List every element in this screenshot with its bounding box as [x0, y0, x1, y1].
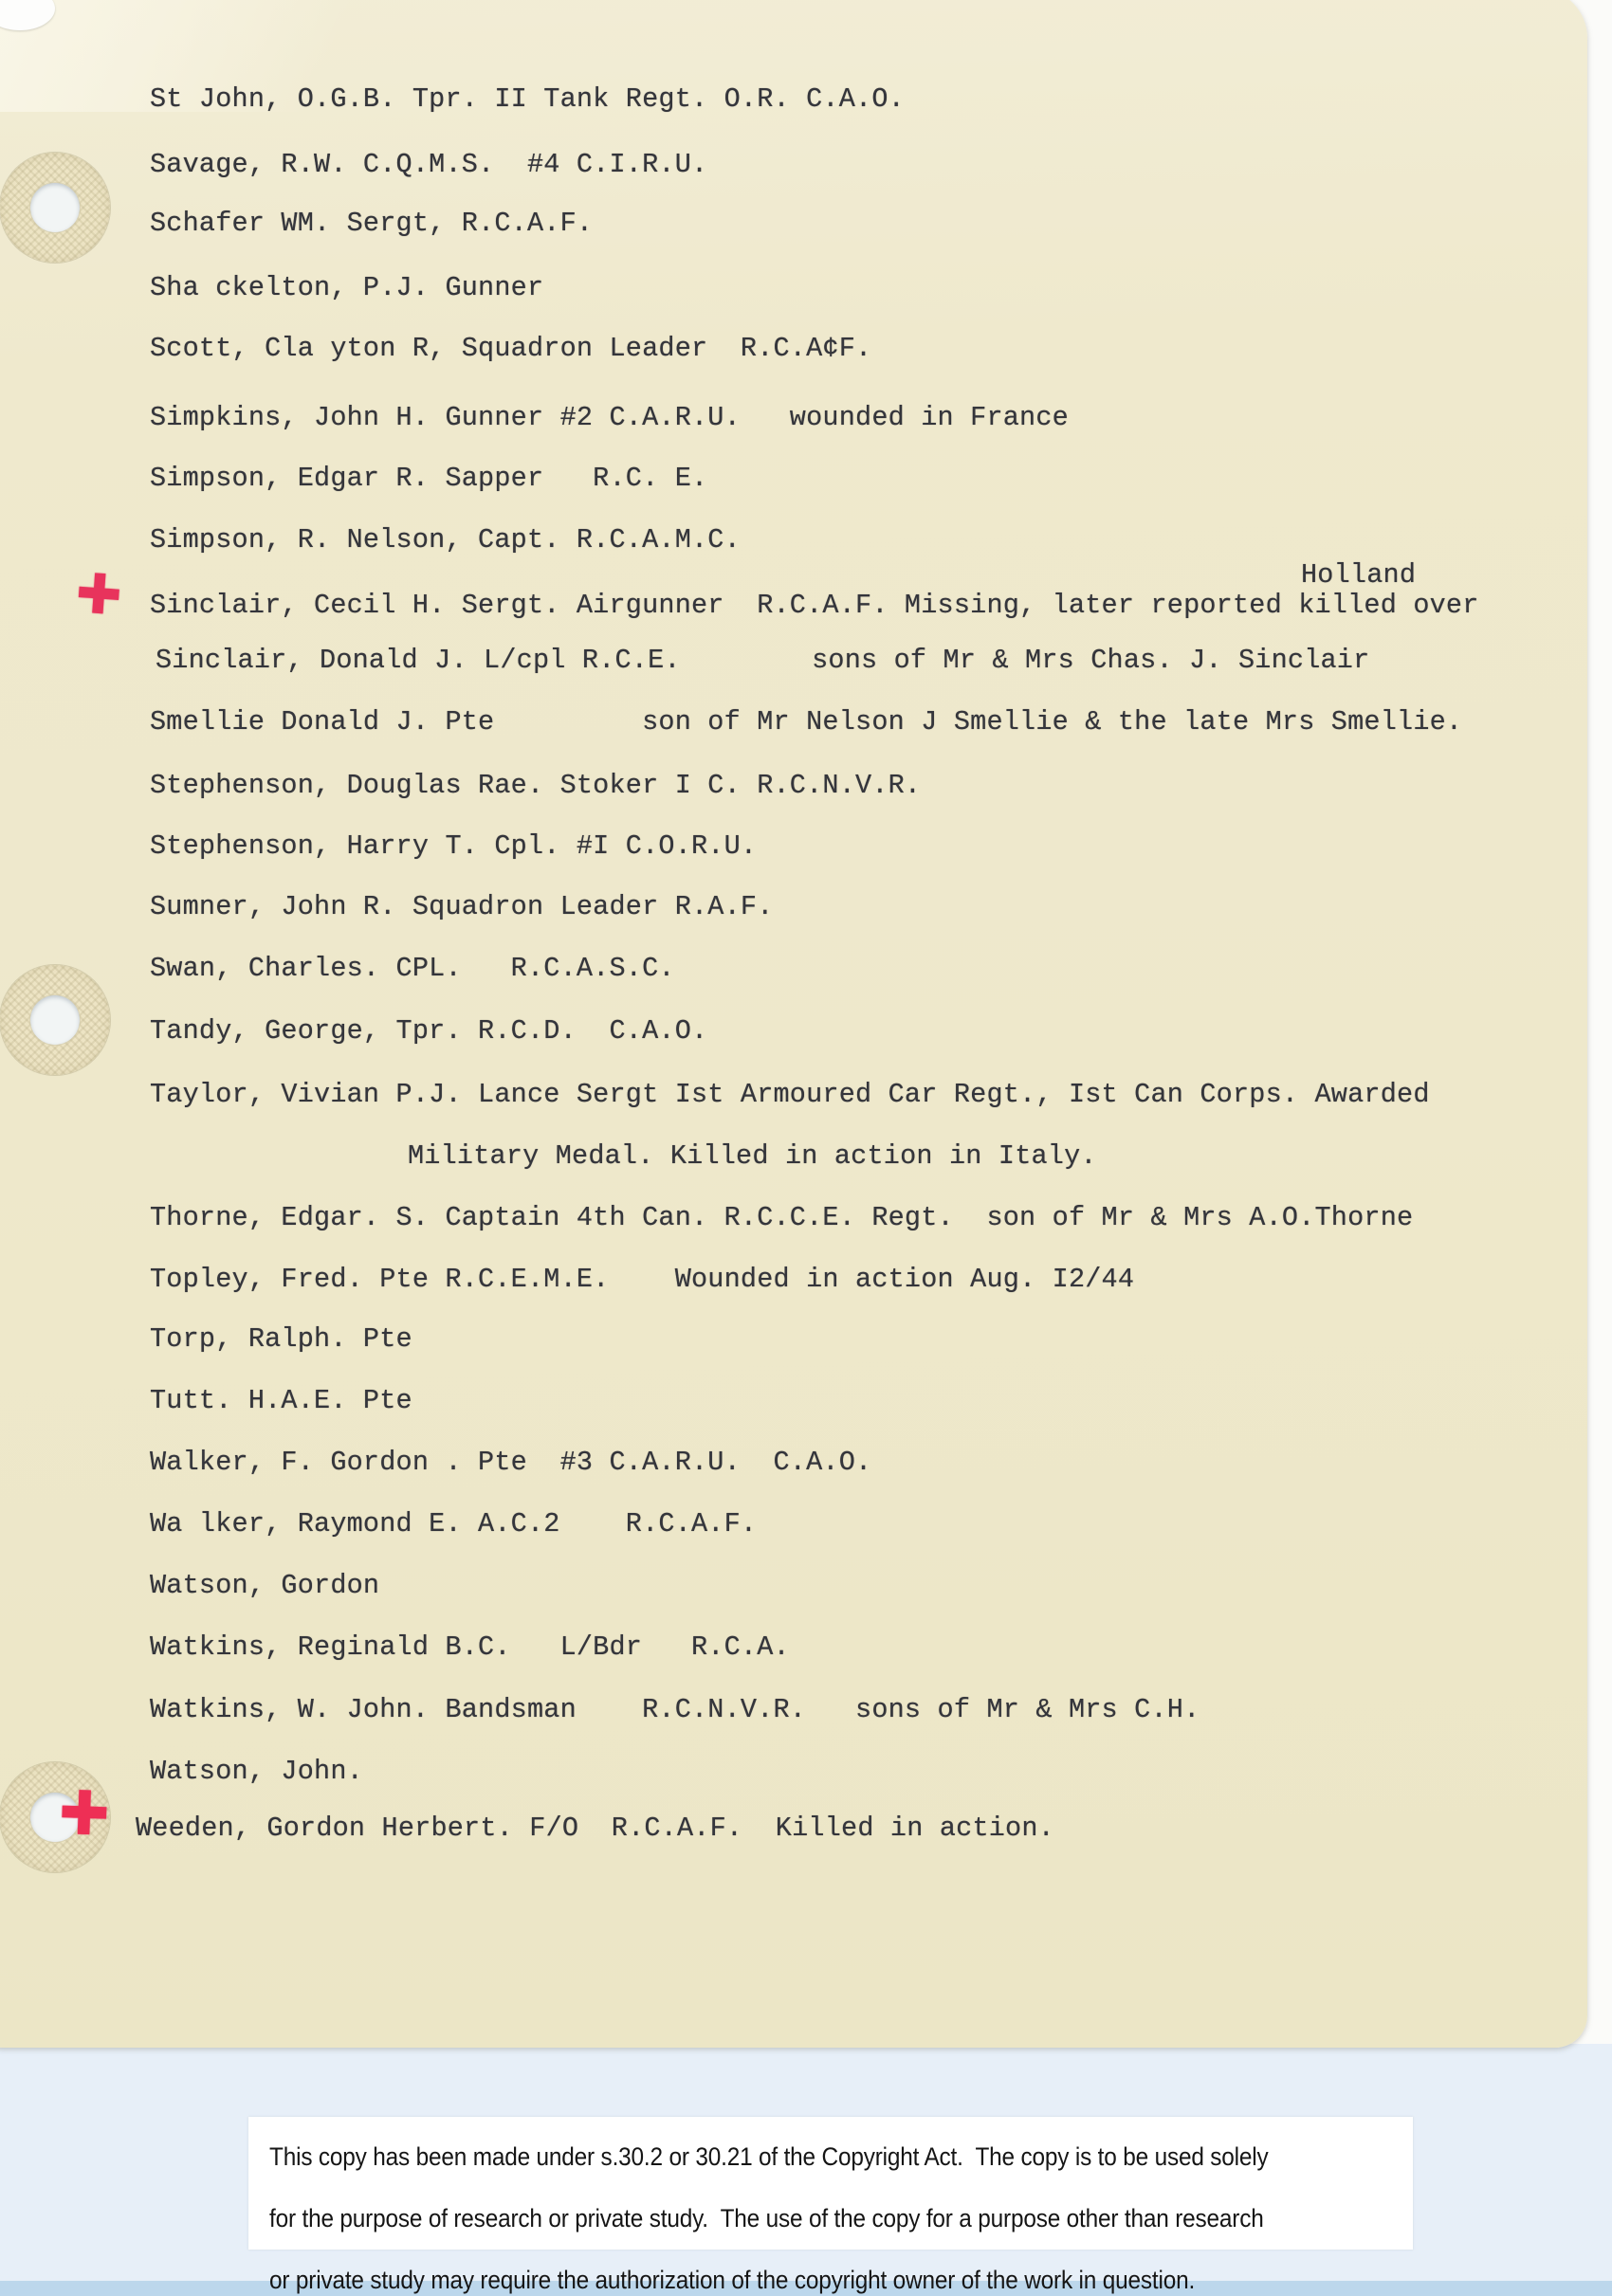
roll-line-tandy: Tandy, George, Tpr. R.C.D. C.A.O. — [150, 1015, 707, 1048]
roll-line-taylor: Taylor, Vivian P.J. Lance Sergt Ist Armo… — [150, 1079, 1430, 1111]
roll-line-schafer: Schafer WM. Sergt, R.C.A.F. — [150, 208, 593, 240]
roll-line-sinclair-cecil: Sinclair, Cecil H. Sergt. Airgunner R.C.… — [150, 590, 1479, 622]
roll-line-smellie: Smellie Donald J. Pte son of Mr Nelson J… — [150, 706, 1462, 738]
roll-line-swan: Swan, Charles. CPL. R.C.A.S.C. — [150, 953, 675, 985]
roll-line-shackelton: Sha ckelton, P.J. Gunner — [150, 272, 543, 304]
roll-line-topley: Topley, Fred. Pte R.C.E.M.E. Wounded in … — [150, 1264, 1134, 1296]
roll-line-stephenson-douglas: Stephenson, Douglas Rae. Stoker I C. R.C… — [150, 770, 921, 802]
roll-line-watson-gordon: Watson, Gordon — [150, 1570, 379, 1602]
copyright-line-1: This copy has been made under s.30.2 or … — [269, 2142, 1269, 2171]
roll-line-simpson-edgar: Simpson, Edgar R. Sapper R.C. E. — [150, 463, 707, 495]
punch-hole-reinforcement-top — [0, 153, 110, 263]
roll-line-taylor-continuation: Military Medal. Killed in action in Ital… — [408, 1140, 1097, 1173]
roll-line-tutt: Tutt. H.A.E. Pte — [150, 1385, 412, 1417]
scanned-document-page: St John, O.G.B. Tpr. II Tank Regt. O.R. … — [0, 0, 1612, 2296]
roll-line-walker-raymond: Wa lker, Raymond E. A.C.2 R.C.A.F. — [150, 1508, 757, 1540]
copyright-line-2: for the purpose of research or private s… — [269, 2204, 1264, 2232]
roll-note-holland: Holland — [1301, 559, 1416, 592]
roll-line-thorne: Thorne, Edgar. S. Captain 4th Can. R.C.C… — [150, 1202, 1413, 1234]
roll-line-torp: Torp, Ralph. Pte — [150, 1323, 412, 1356]
red-cross-mark-weeden: ✚ — [58, 1783, 111, 1846]
roll-line-sinclair-donald: Sinclair, Donald J. L/cpl R.C.E. sons of… — [156, 645, 1369, 677]
roll-line-scott: Scott, Cla yton R, Squadron Leader R.C.A… — [150, 333, 871, 365]
red-cross-mark-sinclair: ✚ — [74, 565, 124, 623]
roll-line-watson-john: Watson, John. — [150, 1756, 363, 1788]
punch-hole — [30, 183, 80, 232]
roll-line-simpkins: Simpkins, John H. Gunner #2 C.A.R.U. wou… — [150, 402, 1069, 434]
roll-line-sumner: Sumner, John R. Squadron Leader R.A.F. — [150, 891, 774, 923]
copyright-notice-text: This copy has been made under s.30.2 or … — [269, 2141, 1395, 2296]
roll-line-savage: Savage, R.W. C.Q.M.S. #4 C.I.R.U. — [150, 149, 707, 181]
roll-line-st-john: St John, O.G.B. Tpr. II Tank Regt. O.R. … — [150, 83, 905, 116]
copyright-notice-label: This copy has been made under s.30.2 or … — [248, 2117, 1413, 2250]
roll-line-watkins-reginald: Watkins, Reginald B.C. L/Bdr R.C.A. — [150, 1631, 790, 1664]
roll-line-stephenson-harry: Stephenson, Harry T. Cpl. #I C.O.R.U. — [150, 830, 757, 863]
punch-hole — [30, 995, 80, 1045]
roll-line-weeden: Weeden, Gordon Herbert. F/O R.C.A.F. Kil… — [136, 1813, 1054, 1845]
punch-hole-reinforcement-middle — [0, 965, 110, 1075]
roll-line-simpson-nelson: Simpson, R. Nelson, Capt. R.C.A.M.C. — [150, 524, 741, 556]
roll-line-walker-gordon: Walker, F. Gordon . Pte #3 C.A.R.U. C.A.… — [150, 1447, 871, 1479]
copyright-line-3: or private study may require the authori… — [269, 2266, 1195, 2294]
roll-line-watkins-john: Watkins, W. John. Bandsman R.C.N.V.R. so… — [150, 1694, 1200, 1726]
